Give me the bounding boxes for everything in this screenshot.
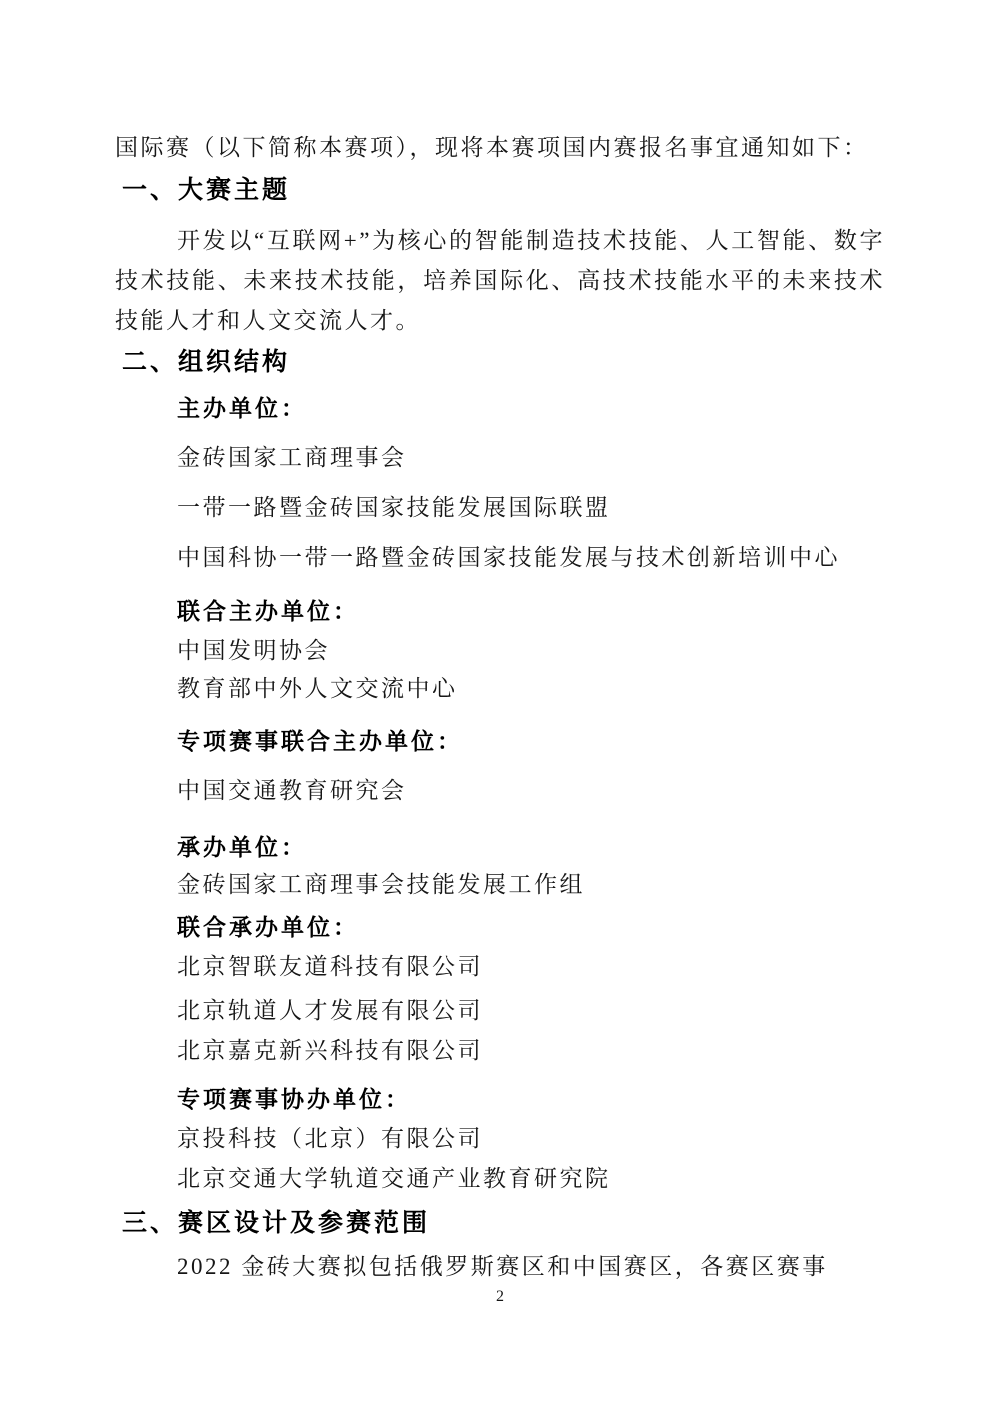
org-item: 中国科协一带一路暨金砖国家技能发展与技术创新培训中心 bbox=[177, 543, 885, 573]
heading-competition-theme: 一、大赛主题 bbox=[122, 175, 885, 205]
page-number: 2 bbox=[115, 1288, 885, 1306]
label-co-host-units: 联合主办单位： bbox=[177, 598, 885, 626]
org-item: 教育部中外人文交流中心 bbox=[177, 674, 885, 704]
org-item: 中国发明协会 bbox=[177, 636, 885, 666]
org-item: 北京轨道人才发展有限公司 bbox=[177, 996, 885, 1026]
label-host-units: 主办单位： bbox=[177, 395, 885, 423]
paragraph-regions-scope: 2022 金砖大赛拟包括俄罗斯赛区和中国赛区，各赛区赛事 bbox=[115, 1252, 885, 1282]
intro-line: 国际赛（以下简称本赛项），现将本赛项国内赛报名事宜通知如下： bbox=[115, 133, 885, 163]
org-item: 北京智联友道科技有限公司 bbox=[177, 952, 885, 982]
label-co-organizer-units: 联合承办单位： bbox=[177, 914, 885, 942]
heading-regions-scope: 三、赛区设计及参赛范围 bbox=[122, 1208, 885, 1238]
org-item: 北京嘉克新兴科技有限公司 bbox=[177, 1036, 885, 1066]
document-page: 国际赛（以下简称本赛项），现将本赛项国内赛报名事宜通知如下： 一、大赛主题 开发… bbox=[0, 0, 1000, 1414]
document-content: 国际赛（以下简称本赛项），现将本赛项国内赛报名事宜通知如下： 一、大赛主题 开发… bbox=[115, 0, 885, 1306]
label-organizer-units: 承办单位： bbox=[177, 834, 885, 862]
org-item: 京投科技（北京）有限公司 bbox=[177, 1124, 885, 1154]
org-item: 一带一路暨金砖国家技能发展国际联盟 bbox=[177, 493, 885, 523]
org-item: 北京交通大学轨道交通产业教育研究院 bbox=[177, 1164, 885, 1194]
paragraph-competition-theme: 开发以“互联网+”为核心的智能制造技术技能、人工智能、数字技术技能、未来技术技能… bbox=[115, 221, 885, 341]
org-item: 中国交通教育研究会 bbox=[177, 776, 885, 806]
heading-organization-structure: 二、组织结构 bbox=[122, 347, 885, 377]
org-item: 金砖国家工商理事会技能发展工作组 bbox=[177, 870, 885, 900]
label-special-event-supporting-units: 专项赛事协办单位： bbox=[177, 1086, 885, 1114]
label-special-event-co-host-units: 专项赛事联合主办单位： bbox=[177, 728, 885, 756]
org-item: 金砖国家工商理事会 bbox=[177, 443, 885, 473]
